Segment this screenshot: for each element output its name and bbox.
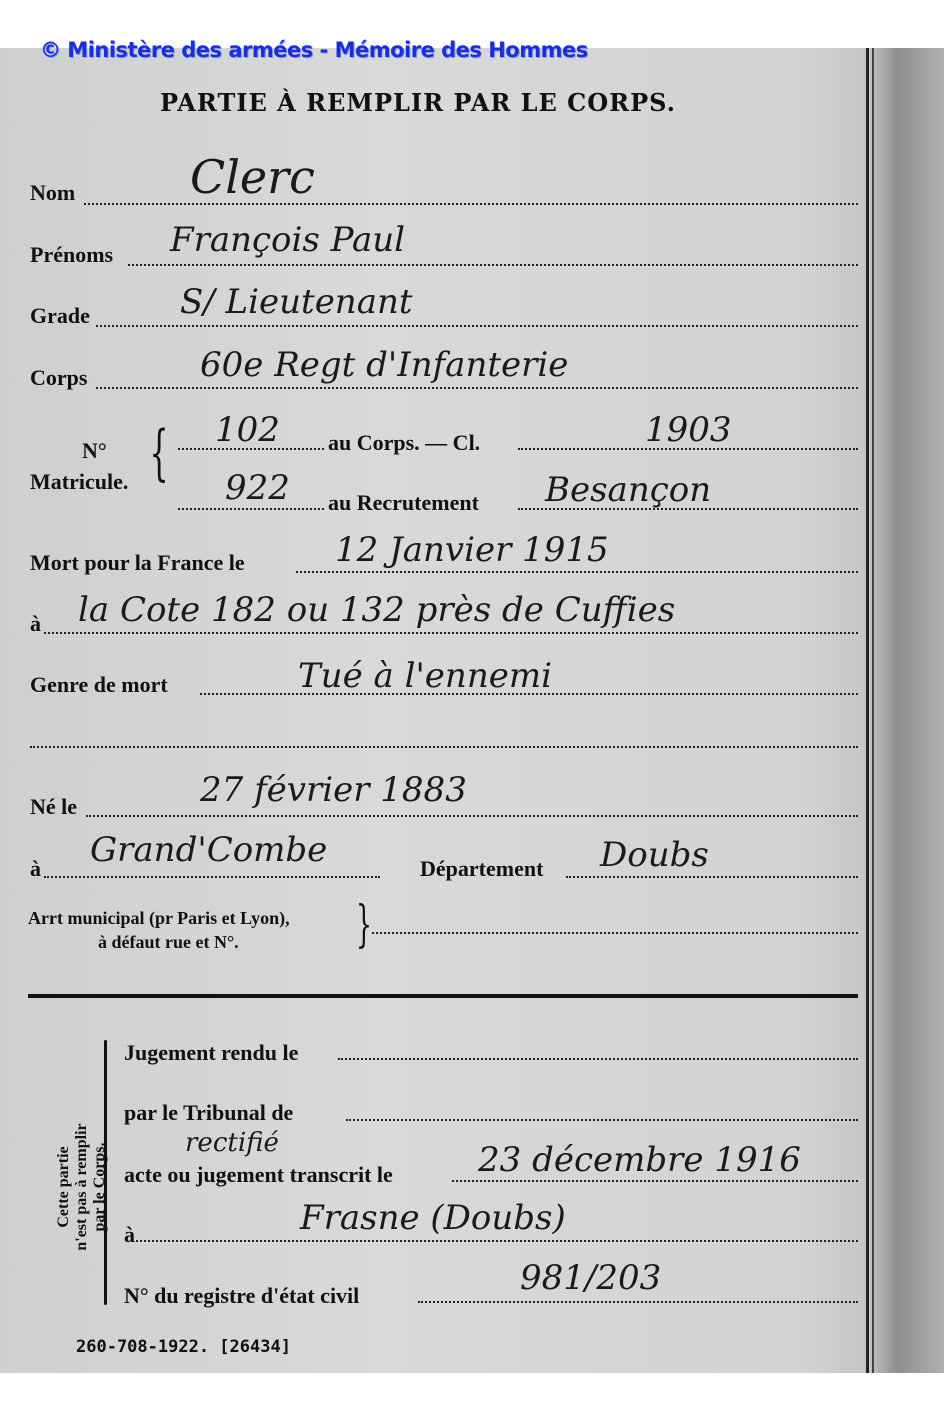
transcrit-annotation: rectifié xyxy=(185,1128,279,1158)
transcrit-value: 23 décembre 1916 xyxy=(478,1140,801,1180)
bracket-line xyxy=(104,1040,107,1305)
lieu-mort-line xyxy=(44,632,858,634)
recrutement-place: Besançon xyxy=(545,470,711,510)
mort-value: 12 Janvier 1915 xyxy=(335,530,609,570)
au-corps-label: au Corps. — Cl. xyxy=(328,430,480,456)
jugement-rendu-label: Jugement rendu le xyxy=(124,1040,298,1066)
form-title: PARTIE À REMPLIR PAR LE CORPS. xyxy=(160,88,676,117)
departement-line xyxy=(566,876,858,878)
transcrit-line xyxy=(452,1180,858,1182)
matricule-recrutement-value: 922 xyxy=(225,468,290,508)
grade-label: Grade xyxy=(30,303,90,329)
registre-value: 981/203 xyxy=(520,1258,661,1298)
side-note-line: n'est pas à remplir xyxy=(73,1097,91,1277)
prenoms-value: François Paul xyxy=(170,220,405,260)
departement-label: Département xyxy=(420,856,543,882)
corps-line xyxy=(96,387,858,389)
matricule-label-2: Matricule. xyxy=(30,469,128,495)
lieu-naissance-line xyxy=(44,876,380,878)
corps-value: 60e Regt d'Infanterie xyxy=(200,345,568,385)
arrondissement-line xyxy=(372,932,858,934)
tribunal-line xyxy=(346,1119,858,1121)
prenoms-line xyxy=(128,264,858,266)
lieu-mort-value: la Cote 182 ou 132 près de Cuffies xyxy=(78,590,675,630)
lieu-transcription-label: à xyxy=(124,1222,135,1248)
ne-le-value: 27 février 1883 xyxy=(200,770,467,810)
nom-value: Clerc xyxy=(190,150,315,204)
ne-le-line xyxy=(86,815,858,817)
ne-le-label: Né le xyxy=(30,794,77,820)
nom-label: Nom xyxy=(30,180,75,206)
mort-label: Mort pour la France le xyxy=(30,550,245,576)
registre-label: N° du registre d'état civil xyxy=(124,1283,359,1309)
mort-line xyxy=(296,571,858,573)
transcrit-label: acte ou jugement transcrit le xyxy=(124,1162,393,1188)
page-edge xyxy=(866,48,869,1373)
matricule-label-1: N° xyxy=(82,438,107,464)
jugement-rendu-line xyxy=(338,1058,858,1060)
section-divider xyxy=(28,994,858,998)
arrondissement-label-1: Arrt municipal (pr Paris et Lyon), xyxy=(28,908,290,929)
side-note: Cette partie n'est pas à remplir par le … xyxy=(55,1097,109,1277)
classe-value: 1903 xyxy=(645,410,732,450)
print-reference: 260-708-1922. [26434] xyxy=(76,1337,291,1357)
corps-label: Corps xyxy=(30,365,87,391)
tribunal-label: par le Tribunal de xyxy=(124,1100,293,1126)
genre-line-2 xyxy=(30,746,858,748)
side-note-line: Cette partie xyxy=(55,1097,73,1277)
lieu-naissance-value: Grand'Combe xyxy=(90,830,327,870)
genre-label: Genre de mort xyxy=(30,672,168,698)
genre-value: Tué à l'ennemi xyxy=(298,656,552,696)
page-edge xyxy=(872,48,874,1373)
grade-line xyxy=(96,325,858,327)
brace: } xyxy=(356,895,372,953)
grade-value: S/ Lieutenant xyxy=(180,282,413,322)
registre-line xyxy=(418,1301,858,1303)
lieu-mort-label: à xyxy=(30,611,41,637)
au-recrutement-label: au Recrutement xyxy=(328,490,479,516)
lieu-transcription-line xyxy=(136,1240,858,1242)
copyright-watermark: © Ministère des armées - Mémoire des Hom… xyxy=(40,38,588,62)
lieu-naissance-label: à xyxy=(30,856,41,882)
matricule-corps-value: 102 xyxy=(215,410,280,450)
arrondissement-label-2: à défaut rue et N°. xyxy=(98,932,239,953)
brace: { xyxy=(150,418,169,488)
lieu-transcription-value: Frasne (Doubs) xyxy=(300,1198,566,1238)
prenoms-label: Prénoms xyxy=(30,242,113,268)
departement-value: Doubs xyxy=(600,835,709,875)
matricule-recrutement-line xyxy=(178,508,324,510)
